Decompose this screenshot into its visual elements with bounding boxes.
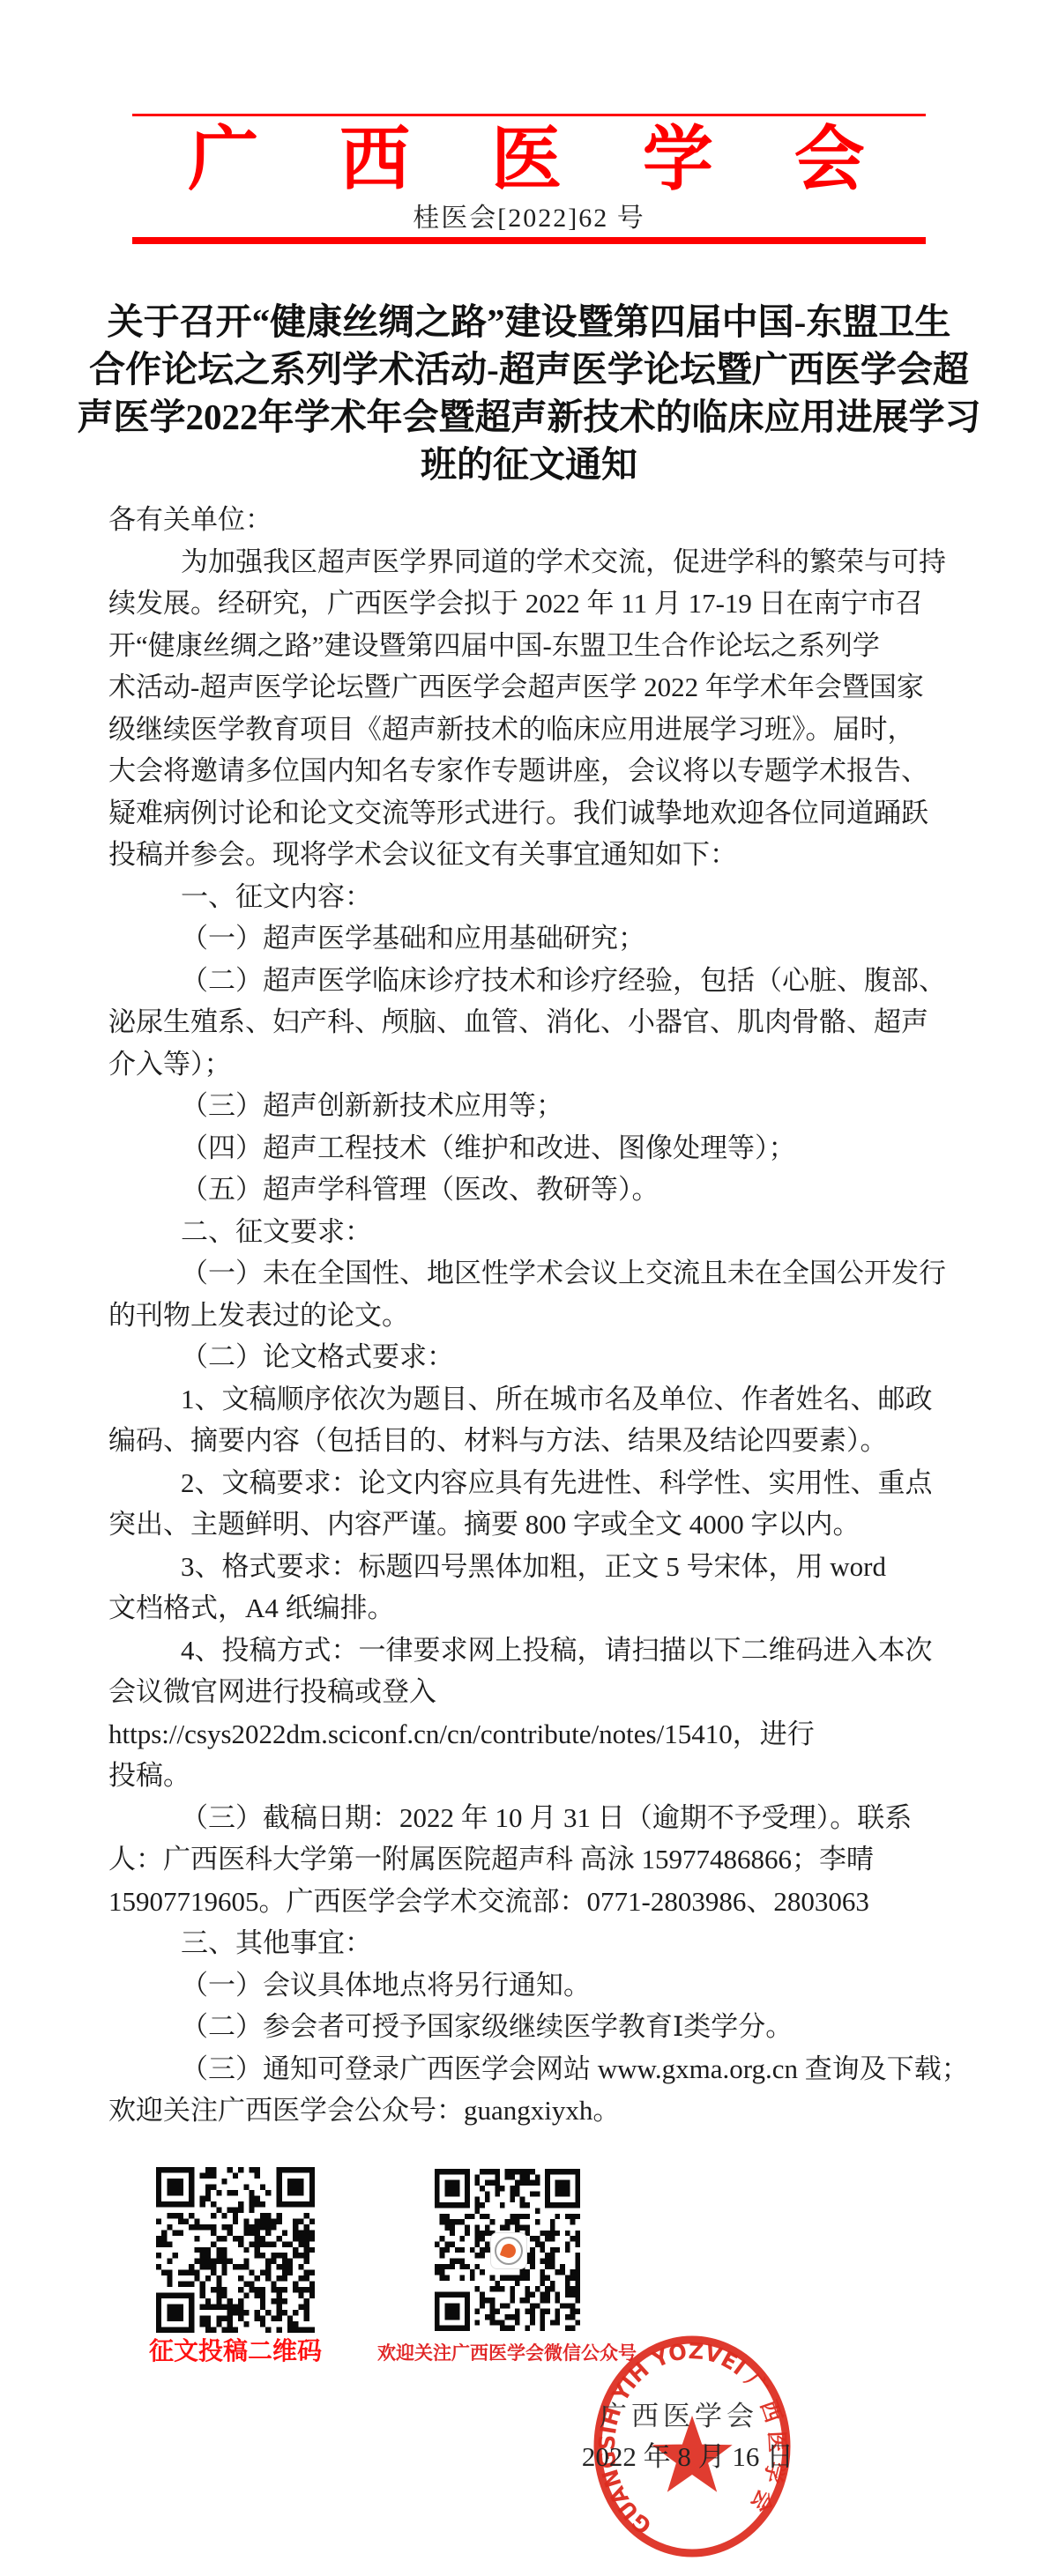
- wechat-qr-logo-icon: [490, 2232, 527, 2269]
- submission-qr-label: 征文投稿二维码: [130, 2337, 341, 2365]
- body-line: 编码、摘要内容（包括目的、材料与方法、结果及结论四要素）。: [108, 1420, 955, 1462]
- body-line: （五）超声学科管理（医改、教研等）。: [108, 1169, 955, 1211]
- body-line: 一、征文内容：: [108, 876, 955, 918]
- wechat-qr-code: [435, 2169, 580, 2331]
- body-line: 投稿并参会。现将学术会议征文有关事宜通知如下：: [108, 834, 955, 876]
- body-line: 的刊物上发表过的论文。: [108, 1295, 955, 1337]
- body-line: 会议微官网进行投稿或登入: [108, 1671, 955, 1713]
- body-line: 三、其他事宜：: [108, 1922, 955, 1964]
- body-line: 各有关单位：: [108, 499, 955, 541]
- body-line: 为加强我区超声医学界同道的学术交流，促进学科的繁荣与可持: [108, 541, 955, 583]
- body-line: 续发展。经研究，广西医学会拟于 2022 年 11 月 17-19 日在南宁市召: [108, 583, 955, 625]
- notice-title-line: 班的征文通知: [75, 441, 983, 488]
- body-line: （二）参会者可授予国家级继续医学教育Ⅰ类学分。: [108, 2006, 955, 2048]
- signature-date: 2022 年 8 月 16 日: [564, 2441, 811, 2473]
- body-line: 术活动-超声医学论坛暨广西医学会超声医学 2022 年学术年会暨国家: [108, 666, 955, 709]
- body-line: （三）超声创新新技术应用等；: [108, 1085, 955, 1127]
- submission-qr-code: [156, 2167, 315, 2333]
- body-line: 开“健康丝绸之路”建设暨第四届中国-东盟卫生合作论坛之系列学: [108, 625, 955, 667]
- body-line: 人：广西医科大学第一附属医院超声科 高泳 15977486866；李晴: [108, 1838, 955, 1881]
- body-line: （三）截稿日期：2022 年 10 月 31 日（逾期不予受理）。联系: [108, 1797, 955, 1839]
- body-line: （一）未在全国性、地区性学术会议上交流且未在全国公开发行: [108, 1252, 955, 1295]
- body-line: 欢迎关注广西医学会公众号：guangxiyxh。: [108, 2090, 955, 2132]
- body-line: 投稿。: [108, 1755, 955, 1797]
- letterhead-rule-top: [132, 114, 926, 116]
- body-line: 1、文稿顺序依次为题目、所在城市名及单位、作者姓名、邮政: [108, 1378, 955, 1421]
- letterhead-org-name: 广 西 医 学 会: [0, 120, 1058, 199]
- body-line: 大会将邀请多位国内知名专家作专题讲座，会议将以专题学术报告、: [108, 750, 955, 792]
- doc-number: 桂医会[2022]62 号: [0, 204, 1058, 234]
- body-line: 级继续医学教育项目《超声新技术的临床应用进展学习班》。届时，: [108, 709, 955, 751]
- body-line: （二）超声医学临床诊疗技术和诊疗经验，包括（心脏、腹部、: [108, 960, 955, 1002]
- body-line: 介入等）；: [108, 1043, 955, 1086]
- body-line: 泌尿生殖系、妇产科、颅脑、血管、消化、小器官、肌肉骨骼、超声: [108, 1001, 955, 1043]
- signature-org: 广西医学会: [582, 2401, 776, 2432]
- body-line: https://csys2022dm.sciconf.cn/cn/contrib…: [108, 1713, 955, 1756]
- document-page: 广 西 医 学 会 桂医会[2022]62 号 关于召开“健康丝绸之路”建设暨第…: [0, 0, 1058, 2576]
- body-line: 文档格式，A4 纸编排。: [108, 1587, 955, 1629]
- body-line: 15907719605。广西医学会学术交流部：0771-2803986、2803…: [108, 1881, 955, 1923]
- body-line: （一）会议具体地点将另行通知。: [108, 1964, 955, 2007]
- body-line: （二）论文格式要求：: [108, 1336, 955, 1378]
- body-line: 突出、主题鲜明、内容严谨。摘要 800 字或全文 4000 字以内。: [108, 1503, 955, 1546]
- body-line: 4、投稿方式：一律要求网上投稿，请扫描以下二维码进入本次: [108, 1629, 955, 1672]
- notice-title: 关于召开“健康丝绸之路”建设暨第四届中国-东盟卫生 合作论坛之系列学术活动-超声…: [75, 298, 983, 488]
- body-line: （三）通知可登录广西医学会网站 www.gxma.org.cn 查询及下载；: [108, 2048, 955, 2090]
- body-line: （四）超声工程技术（维护和改进、图像处理等）；: [108, 1127, 955, 1169]
- notice-title-line: 合作论坛之系列学术活动-超声医学论坛暨广西医学会超: [75, 345, 983, 393]
- notice-title-line: 声医学2022年学术年会暨超声新技术的临床应用进展学习: [75, 393, 983, 441]
- body-line: 二、征文要求：: [108, 1211, 955, 1253]
- letterhead-rule: [132, 237, 926, 244]
- notice-title-line: 关于召开“健康丝绸之路”建设暨第四届中国-东盟卫生: [75, 298, 983, 345]
- body-line: 疑难病例讨论和论文交流等形式进行。我们诚挚地欢迎各位同道踊跃: [108, 792, 955, 835]
- body: 各有关单位：为加强我区超声医学界同道的学术交流，促进学科的繁荣与可持续发展。经研…: [108, 499, 955, 2132]
- body-line: （一）超声医学基础和应用基础研究；: [108, 917, 955, 960]
- body-line: 2、文稿要求：论文内容应具有先进性、科学性、实用性、重点: [108, 1462, 955, 1504]
- body-line: 3、格式要求：标题四号黑体加粗，正文 5 号宋体，用 word: [108, 1546, 955, 1588]
